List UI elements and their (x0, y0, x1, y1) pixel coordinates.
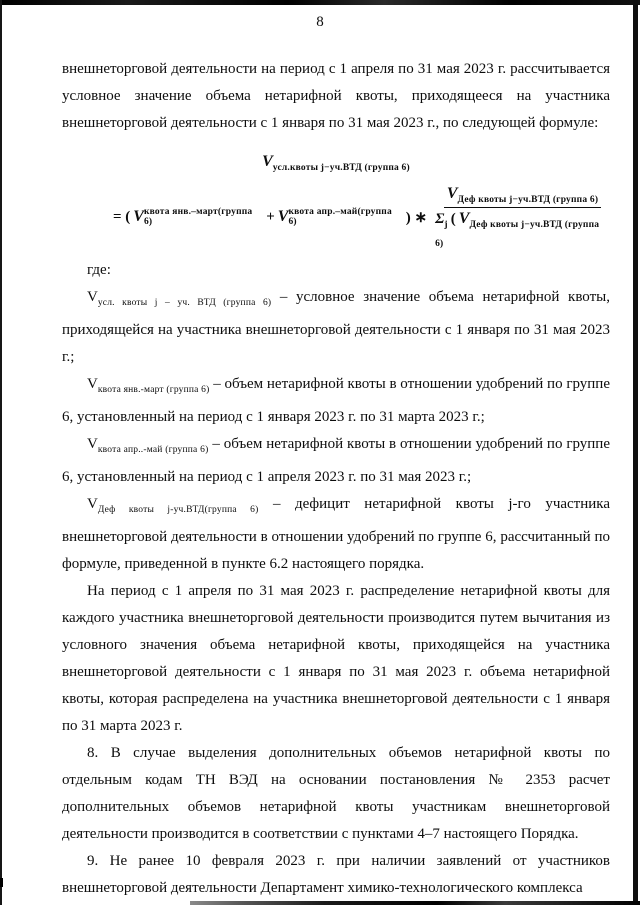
formula-denominator-var: V (459, 210, 470, 227)
formula-multiply-operator: ) ∗ (406, 208, 427, 227)
formula-numerator-subscript: Деф квоты j−уч.ВТД (группа 6) (458, 195, 599, 205)
scan-border-right (633, 0, 638, 905)
definition-usl-kvoty: Vусл. квоты j – уч. ВТД (группа 6) – усл… (62, 284, 610, 371)
document-content: внешнеторговой деятельности на период с … (62, 56, 610, 902)
paragraph-intro: внешнеторговой деятельности на период с … (62, 56, 610, 137)
formula-term2-subscript: квота апр.–май(группа 6) (288, 207, 402, 227)
definition-text: – объем нетарифной квоты в отношении удо… (62, 376, 610, 425)
definition-subscript: квота апр..-май (группа 6) (98, 445, 209, 455)
definition-var: V (87, 376, 98, 392)
scan-border-left (0, 0, 2, 905)
definition-var: V (87, 289, 98, 305)
formula-term2-var: V (278, 208, 289, 226)
paragraph-point-9: 9. Не ранее 10 февраля 2023 г. при налич… (62, 848, 610, 902)
formula-denominator-paren: ( (451, 211, 456, 227)
formula-block: Vусл.квоты j−уч.ВТД (группа 6) = (Vквота… (62, 151, 610, 249)
definition-text: – объем нетарифной квоты в отношении удо… (62, 436, 610, 485)
formula-rhs: = (Vквота янв.–март(группа 6)+Vквота апр… (110, 185, 610, 249)
where-label: где: (62, 257, 610, 284)
scan-edge-artifact (0, 878, 3, 887)
formula-denominator: Σj(VДеф квоты j−уч.ВТД (группа 6) (435, 208, 610, 249)
formula-term1-subscript: квота янв.–март(группа 6) (144, 207, 263, 227)
definition-subscript: усл. квоты j – уч. ВТД (группа 6) (98, 298, 271, 308)
scan-border-top (0, 0, 640, 5)
formula-equals-open: = ( (113, 209, 130, 226)
definition-subscript: квота янв.-март (группа 6) (98, 385, 210, 395)
definition-var: V (87, 436, 98, 452)
definition-var: V (87, 496, 98, 512)
formula-lhs: Vусл.квоты j−уч.ВТД (группа 6) (62, 151, 610, 179)
definition-kvota-jan-mar: Vквота янв.-март (группа 6) – объем нета… (62, 371, 610, 431)
formula-lhs-subscript: усл.квоты j−уч.ВТД (группа 6) (273, 163, 410, 173)
formula-plus-operator: + (266, 209, 275, 226)
definition-subscript: Деф квоты j-уч.ВТД(группа 6) (98, 505, 259, 515)
document-page: 8 внешнеторговой деятельности на период … (0, 0, 640, 905)
formula-numerator: VДеф квоты j−уч.ВТД (группа 6) (444, 185, 601, 208)
formula-fraction: VДеф квоты j−уч.ВТД (группа 6) Σj(VДеф к… (435, 185, 610, 249)
formula-sigma-subscript: j (444, 220, 447, 230)
paragraph-distribution: На период с 1 апреля по 31 мая 2023 г. р… (62, 578, 610, 740)
formula-lhs-var: V (262, 153, 273, 170)
paragraph-point-8: 8. В случае выделения дополнительных объ… (62, 740, 610, 848)
definition-kvota-apr-may: Vквота апр..-май (группа 6) – объем нета… (62, 431, 610, 491)
formula-term1-var: V (133, 208, 144, 226)
formula-numerator-var: V (447, 185, 458, 202)
definition-deficit-kvoty: VДеф квоты j-уч.ВТД(группа 6) – дефицит … (62, 491, 610, 578)
formula-sigma: Σ (435, 211, 444, 227)
